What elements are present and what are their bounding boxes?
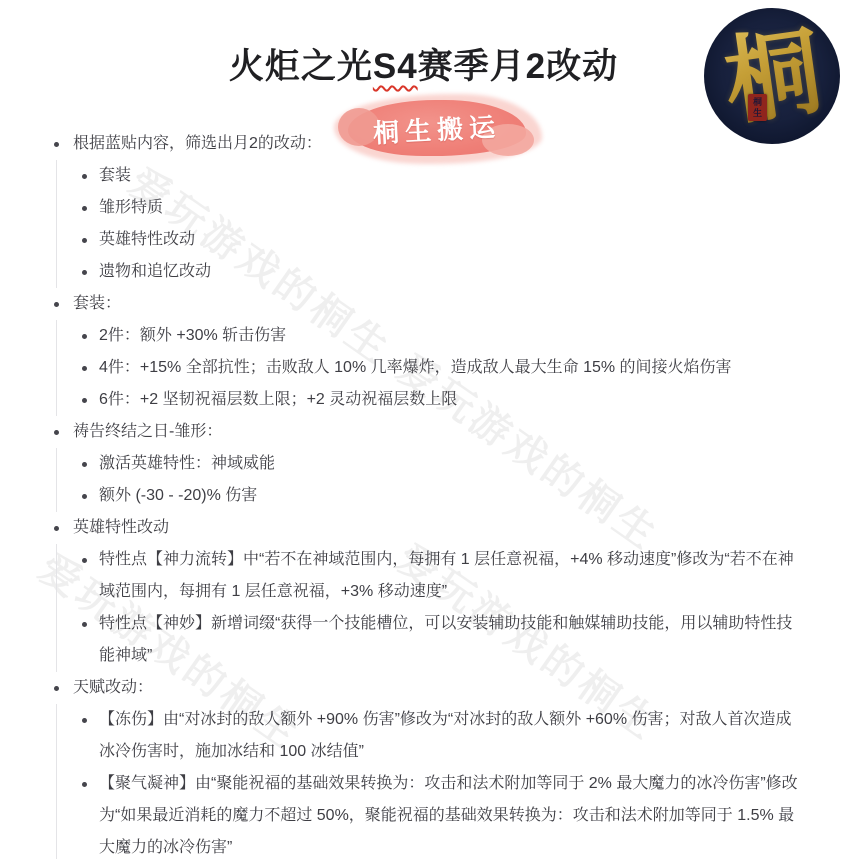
outline-subitem-text: 2件：额外 +30% 斩击伤害 <box>99 320 801 352</box>
outline-subitem-text: 6件：+2 坚韧祝福层数上限；+2 灵动祝福层数上限 <box>99 384 801 416</box>
outline-subitem: 特性点【神妙】新增词缀“获得一个技能槽位，可以安装辅助技能和触媒辅助技能，用以辅… <box>57 608 801 672</box>
outline-subitem: 套装 <box>57 160 801 192</box>
outline-item: 套装： <box>51 288 801 320</box>
outline-subitem-text: 特性点【神力流转】中“若不在神域范围内，每拥有 1 层任意祝福，+4% 移动速度… <box>99 544 801 608</box>
outline-subitem-text: 英雄特性改动 <box>99 224 801 256</box>
outline-subgroup: 2件：额外 +30% 斩击伤害4件：+15% 全部抗性；击败敌人 10% 几率爆… <box>56 320 801 416</box>
outline-subitem-text: 套装 <box>99 160 801 192</box>
outline-subgroup: 套装雏形特质英雄特性改动遗物和追忆改动 <box>56 160 801 288</box>
page-title: 火炬之光S4赛季月2改动 <box>229 47 618 86</box>
brand-logo: 桐 桐生 <box>704 8 840 144</box>
badge-text: 桐生搬运 <box>338 91 535 165</box>
logo-seal-stamp-icon: 桐生 <box>748 94 767 121</box>
outline-subitem-text: 【冻伤】由“对冰封的敌人额外 +90% 伤害”修改为“对冰封的敌人额外 +60%… <box>99 704 801 768</box>
outline-subitem-text: 雏形特质 <box>99 192 801 224</box>
page-title-part1: 火炬之光 <box>229 47 373 86</box>
outline-subitem-text: 4件：+15% 全部抗性；击败敌人 10% 几率爆炸，造成敌人最大生命 15% … <box>99 352 801 384</box>
page-title-spellcheck-underline: S4 <box>373 47 418 86</box>
outline-item-text: 英雄特性改动 <box>73 512 801 544</box>
outline-subitem: 雏形特质 <box>57 192 801 224</box>
outline-subitem: 【聚气凝神】由“聚能祝福的基础效果转换为：攻击和法术附加等同于 2% 最大魔力的… <box>57 768 801 859</box>
outline-item-text: 套装： <box>73 288 801 320</box>
outline-subitem-text: 【聚气凝神】由“聚能祝福的基础效果转换为：攻击和法术附加等同于 2% 最大魔力的… <box>99 768 801 859</box>
outline-subitem: 遗物和追忆改动 <box>57 256 801 288</box>
outline-subitem-text: 遗物和追忆改动 <box>99 256 801 288</box>
outline-item: 英雄特性改动 <box>51 512 801 544</box>
outline-subgroup: 【冻伤】由“对冰封的敌人额外 +90% 伤害”修改为“对冰封的敌人额外 +60%… <box>56 704 801 859</box>
logo-calligraphy-character: 桐 <box>714 4 829 135</box>
outline-subitem: 特性点【神力流转】中“若不在神域范围内，每拥有 1 层任意祝福，+4% 移动速度… <box>57 544 801 608</box>
outline-subitem-text: 激活英雄特性：神域威能 <box>99 448 801 480</box>
outline-subitem: 激活英雄特性：神域威能 <box>57 448 801 480</box>
outline-item: 天赋改动： <box>51 672 801 704</box>
outline-subitem-text: 特性点【神妙】新增词缀“获得一个技能槽位，可以安装辅助技能和触媒辅助技能，用以辅… <box>99 608 801 672</box>
outline-subitem: 2件：额外 +30% 斩击伤害 <box>57 320 801 352</box>
outline-subitem: 【冻伤】由“对冰封的敌人额外 +90% 伤害”修改为“对冰封的敌人额外 +60%… <box>57 704 801 768</box>
page-title-part3: 赛季月2改动 <box>418 47 618 86</box>
watercolor-stamp-badge: 桐生搬运 <box>340 96 534 160</box>
outline-item-text: 天赋改动： <box>73 672 801 704</box>
logo-seal-text: 桐生 <box>752 97 763 118</box>
outline-subitem-text: 额外 (-30 - -20)% 伤害 <box>99 480 801 512</box>
outline-subitem: 额外 (-30 - -20)% 伤害 <box>57 480 801 512</box>
outline-item-text: 祷告终结之日-雏形： <box>73 416 801 448</box>
outline: 根据蓝贴内容，筛选出月2的改动：套装雏形特质英雄特性改动遗物和追忆改动套装：2件… <box>51 128 801 859</box>
outline-subitem: 4件：+15% 全部抗性；击败敌人 10% 几率爆炸，造成敌人最大生命 15% … <box>57 352 801 384</box>
outline-subitem: 6件：+2 坚韧祝福层数上限；+2 灵动祝福层数上限 <box>57 384 801 416</box>
outline-subitem: 英雄特性改动 <box>57 224 801 256</box>
outline-subgroup: 特性点【神力流转】中“若不在神域范围内，每拥有 1 层任意祝福，+4% 移动速度… <box>56 544 801 672</box>
outline-item: 祷告终结之日-雏形： <box>51 416 801 448</box>
outline-subgroup: 激活英雄特性：神域威能额外 (-30 - -20)% 伤害 <box>56 448 801 512</box>
